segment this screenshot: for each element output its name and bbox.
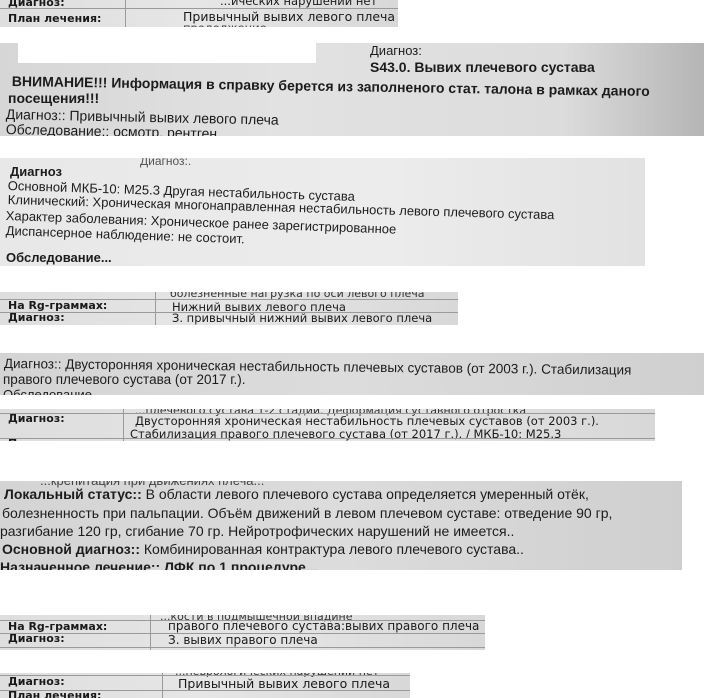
label-diagnosis: Диагноз: [8, 311, 65, 324]
main-diagnosis-text: Комбинированная контрактура левого плече… [140, 541, 524, 557]
diagnosis-code: S43.0. Вывих плечевого сустава [370, 59, 595, 75]
value-diagnosis: З. привычный нижний вывих левого плеча [172, 311, 432, 325]
local-status-text: В области левого плечевого сустава опред… [142, 486, 589, 502]
fragment-6-form: ...плечевого сустава 1-2 стадии. Деформа… [0, 409, 655, 441]
cut-text: Назначенное лечение:: ЛФК по 1 процедуре… [0, 559, 318, 570]
warning-text: ВНИМАНИЕ!!! Информация в справку берется… [12, 73, 650, 99]
label-diagnosis: Диагноз: [8, 412, 65, 425]
value-cut: продолжение... [183, 21, 278, 27]
redacted-area [18, 43, 316, 63]
local-status-text: разгибание 120 гр, сгибание 70 гр. Нейро… [0, 523, 514, 539]
diagnosis-heading: Диагноз [10, 164, 62, 179]
local-status-label: Локальный статус:: [4, 486, 142, 502]
fragment-2-certificate: Диагноз: S43.0. Вывих плечевого сустава … [0, 43, 704, 136]
fragment-9-form: ...неврологических нарушений нет Диагноз… [0, 673, 410, 698]
fragment-4-form: болезненные нагрузка по оси левого плеча… [0, 292, 458, 325]
label-diagnosis: Диагноз: [8, 632, 65, 645]
value-rg: правого плечевого сустава:вывих правого … [168, 619, 479, 633]
diagnosis-label: Диагноз: [370, 43, 422, 58]
form-row [0, 647, 485, 650]
main-diagnosis: Основной диагноз:: Комбинированная контр… [2, 541, 524, 557]
label-treatment-plan: План лечения: [8, 12, 101, 25]
value-diagnosis: Привычный вывих левого плеча [178, 676, 390, 691]
cut-text: Обследование... [6, 250, 112, 265]
value-diagnosis: Двусторонняя хроническая нестабильность … [135, 414, 599, 428]
value-cut: ...ических нарушений нет [220, 0, 377, 8]
cut-text: Обследование... [3, 387, 103, 395]
fragment-5-diagnosis: Диагноз:: Двусторонняя хроническая неста… [0, 353, 704, 395]
diagnosis-line: правого плечевого сустава (от 2017 г.). [3, 372, 246, 387]
fragment-3-diagnosis: Диагноз:. Диагноз Основной МКБ-10: M25.3… [0, 158, 645, 266]
label-cut: План... [8, 437, 53, 441]
fragment-7-local-status: ...крепитация при движениях плеча... Лок… [0, 481, 682, 570]
main-diagnosis-label: Основной диагноз:: [2, 541, 140, 557]
cut-text: Диагноз:. [140, 158, 191, 168]
value-diagnosis: З. вывих правого плеча [168, 633, 318, 647]
local-status-text: болезненность при пальпации. Объём движе… [2, 505, 612, 521]
label-diagnosis: Диагноз: [8, 675, 65, 688]
label-treatment-plan: План лечения: [8, 689, 101, 698]
fragment-8-form: ...кости в подмышечной впадине На Rg-гра… [0, 615, 485, 650]
form-row [0, 438, 655, 441]
warning-text-cont: посещения!!! [8, 90, 99, 106]
local-status: Локальный статус:: В области левого плеч… [4, 486, 589, 502]
fragment-1-form: Диагноз: ...ических нарушений нет План л… [0, 0, 398, 27]
